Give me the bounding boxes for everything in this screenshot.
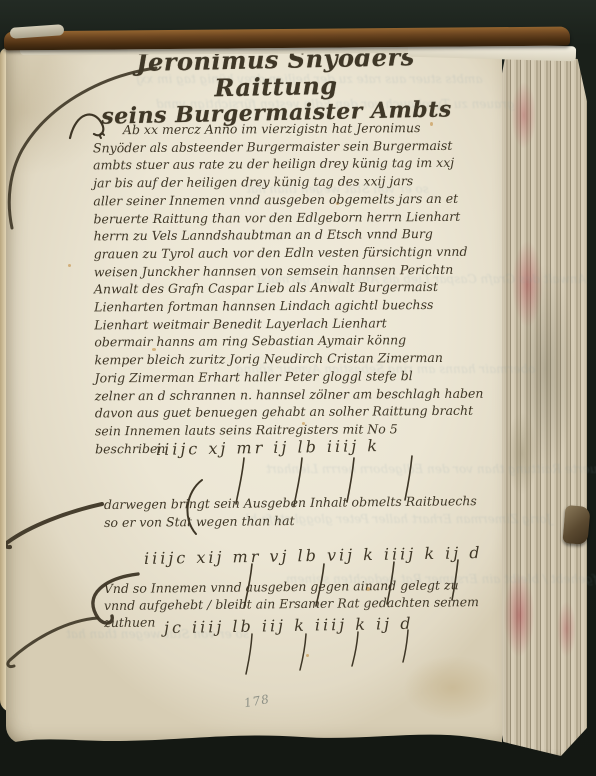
body-paragraph-2: darwegen bringt sein Ausgeben Inhalt obm…: [104, 492, 494, 532]
sum-line-balance: jc iiij lb iij k iiij k ij d: [164, 614, 414, 637]
manuscript-photo: ambts stuer aus rate zu der heilign drey…: [0, 0, 596, 776]
sum-line-income: iiijc xj mr ij lb iiij k: [156, 436, 380, 459]
sum-line-expenses: iiijc xij mr vj lb vij k iiij k ij d: [144, 543, 483, 568]
book-fore-edge-stack: [494, 52, 587, 756]
body-line: davon aus guet benuegen gehabt an solher…: [95, 402, 491, 422]
body-line: kemper bleich zuritz Jorig Neudirch Cris…: [94, 349, 490, 369]
clasp-remnant: [562, 505, 590, 545]
page-title: Jeronimus Snyöders Raittung seins Burger…: [89, 42, 463, 131]
manuscript-page: ambts stuer aus rate zu der heilign drey…: [6, 42, 502, 744]
body-line: grauen zu Tyrol auch vor den Edln vesten…: [94, 243, 490, 263]
folio-number-bottom: 178: [243, 692, 271, 710]
bleed-through-line: beruerte Raittung than vor den Edlgeborn…: [266, 462, 596, 476]
body-line: Lienharten fortman hannsen Lindach agich…: [94, 296, 490, 316]
body-line: so er von Stat wegen than hat: [104, 510, 494, 532]
foxing-speck: [306, 654, 309, 657]
body-line: aller seiner Innemen vnnd ausgeben obgem…: [93, 189, 489, 209]
body-paragraph-1: Ab xx mercz Anno im vierzigistn hat Jero…: [93, 119, 491, 458]
foxing-speck: [68, 264, 71, 267]
body-line: ambts stuer aus rate zu der heilign drey…: [93, 154, 489, 174]
